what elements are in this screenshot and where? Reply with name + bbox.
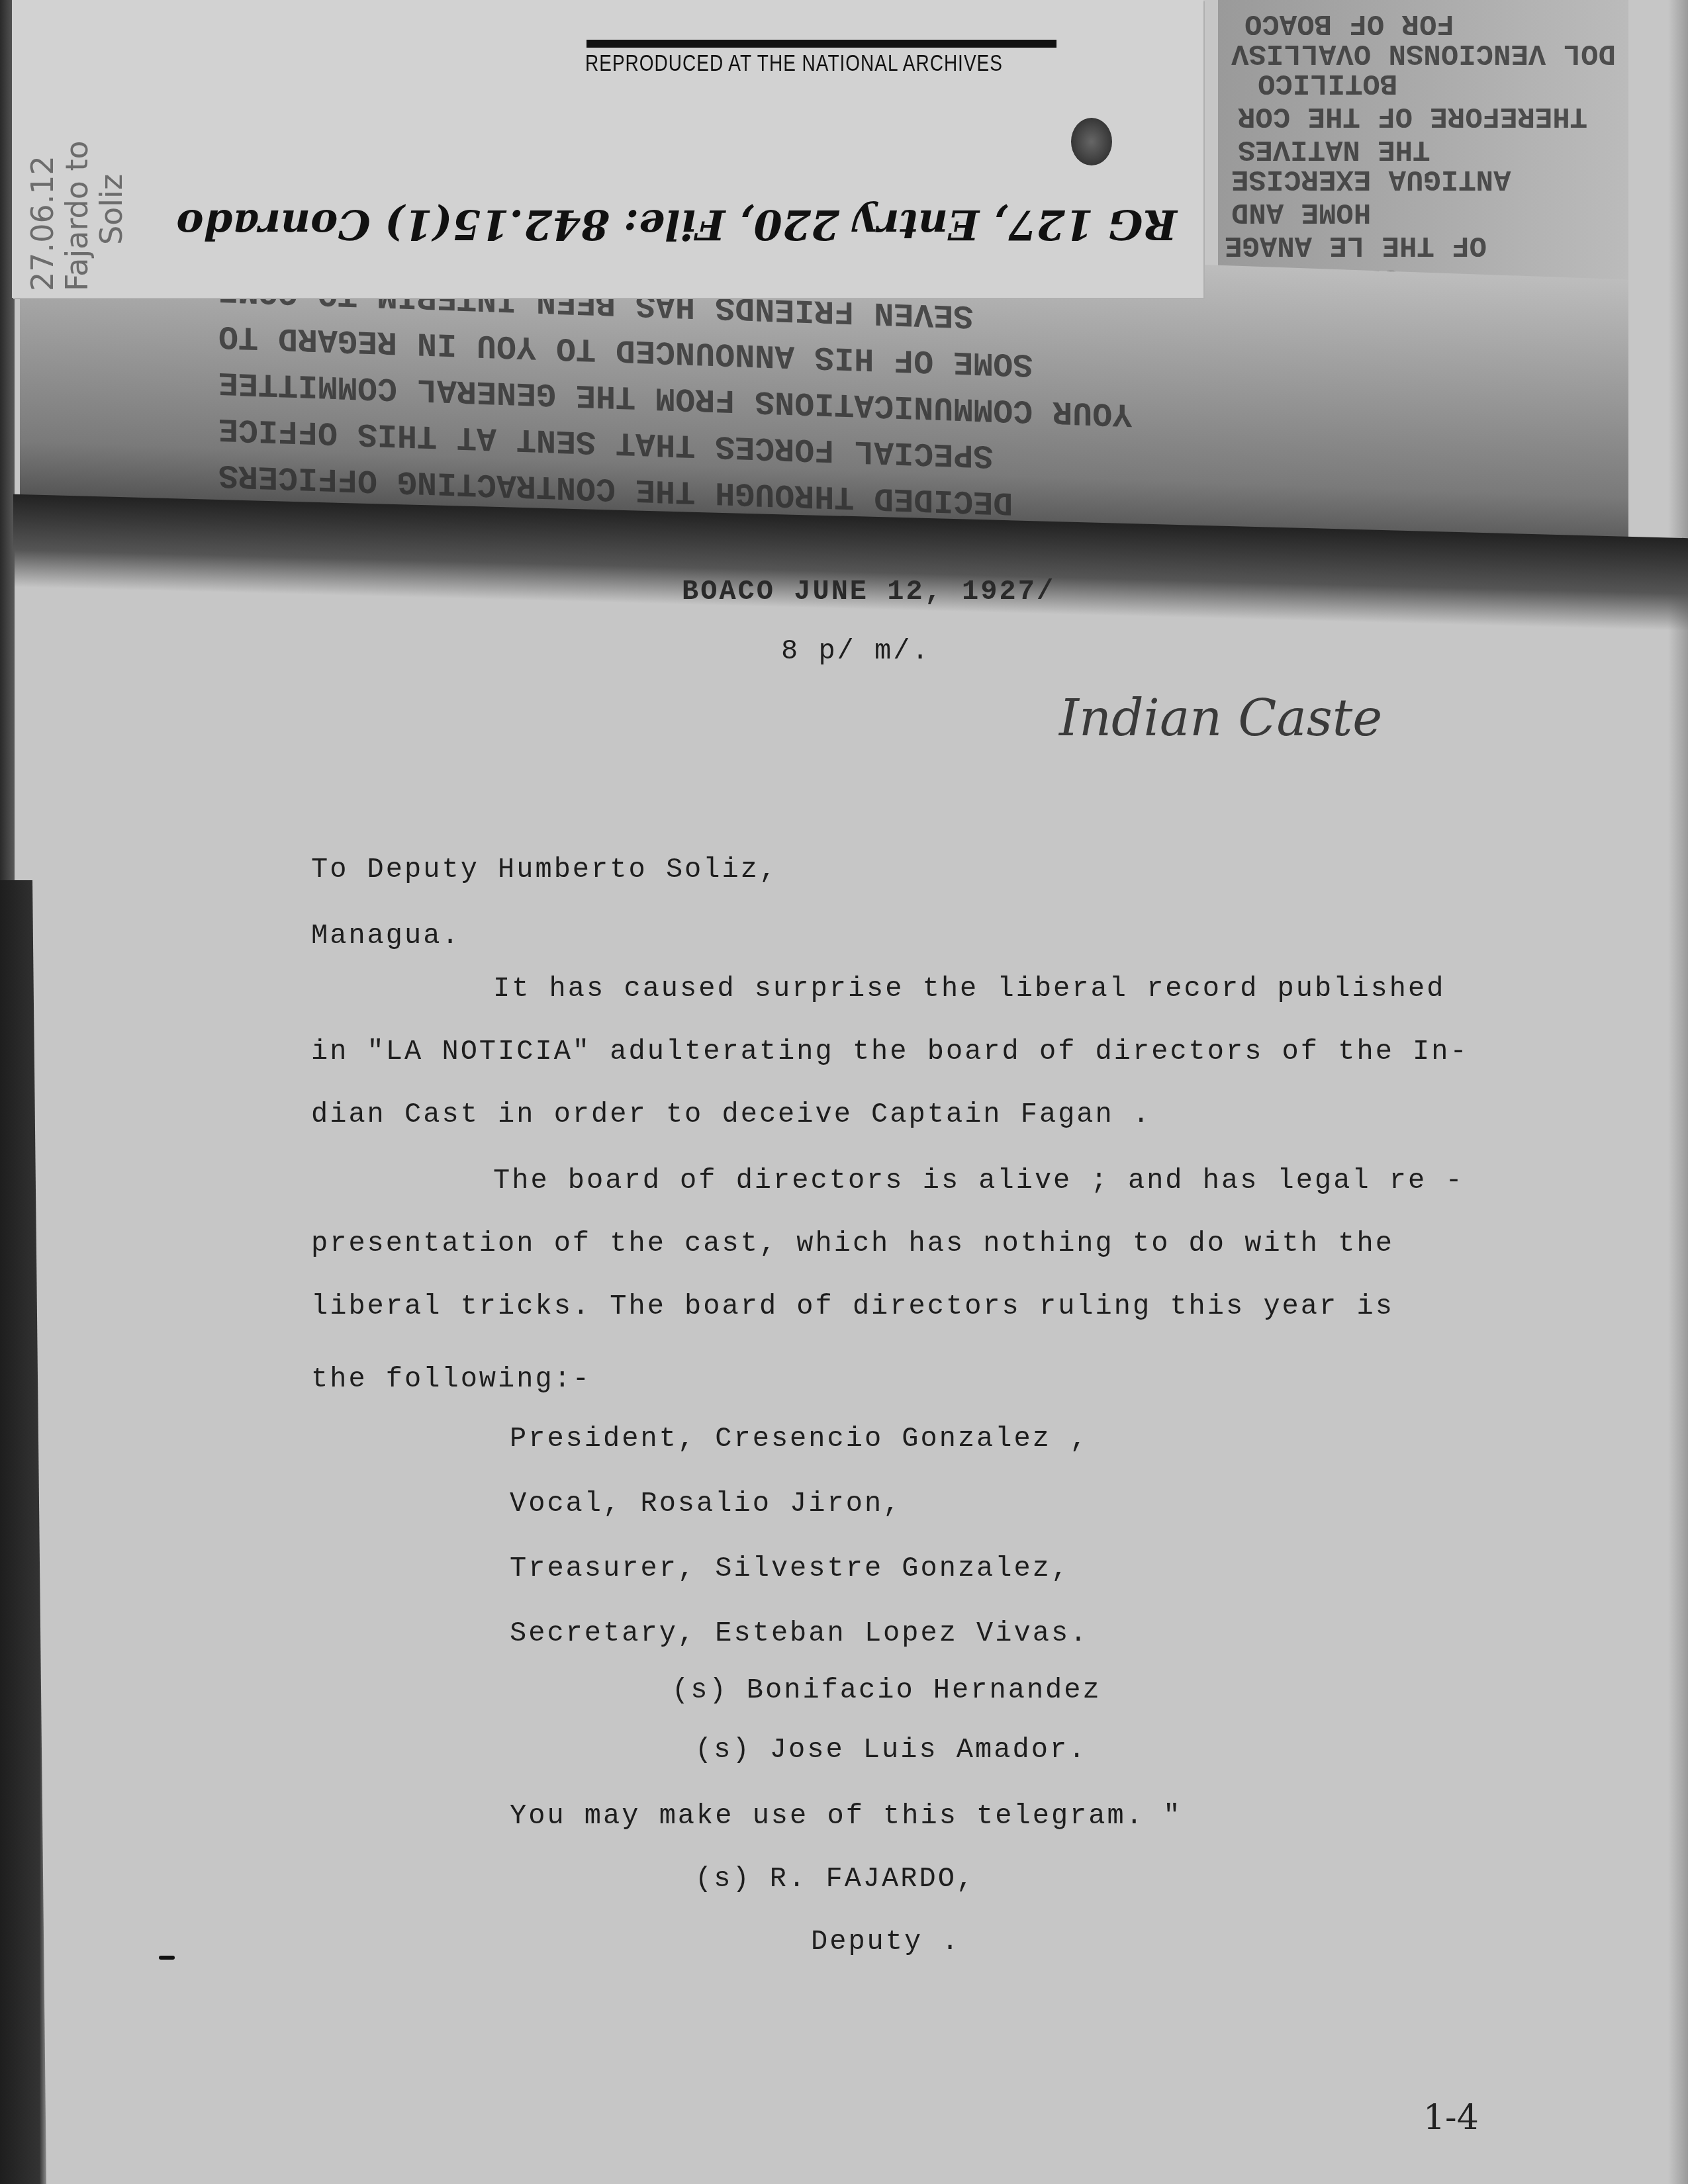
board-role: Secretary [510, 1617, 678, 1649]
time-line: 8 p/ m/. [781, 635, 931, 667]
board-member: President, Cresencio Gonzalez , [510, 1423, 1088, 1455]
board-name: Esteban Lopez Vivas. [715, 1617, 1088, 1649]
board-name: Silvestre Gonzalez, [715, 1553, 1070, 1584]
addressee: To Deputy Humberto Soliz, [311, 854, 778, 886]
board-role: Vocal [510, 1488, 603, 1520]
record-group-note: RG 127, Entry 220, File: 842.15(1) Conra… [52, 172, 1177, 278]
signer: (s) R. FAJARDO, [695, 1863, 975, 1895]
bleed-line: DOL VENCIONSN OVALLISV [1231, 36, 1616, 69]
paragraph-line: liberal tricks. The board of directors r… [311, 1291, 1394, 1322]
bleed-line: OF THE LE ANAGE [1225, 228, 1487, 261]
city: Managua. [311, 920, 461, 952]
paragraph-line: presentation of the cast, which has noth… [311, 1228, 1394, 1259]
archives-seal-icon [1071, 118, 1112, 165]
paragraph-line: It has caused surprise the liberal recor… [493, 973, 1445, 1005]
scan-edge-right [1668, 0, 1688, 2184]
board-member: Treasurer, Silvestre Gonzalez, [510, 1553, 1088, 1584]
board-role: Treasurer [510, 1553, 678, 1584]
margin-note-line: Fajardo to [60, 40, 94, 291]
archives-slip: REPRODUCED AT THE NATIONAL ARCHIVES RG 1… [12, 0, 1203, 298]
signature-line: (s) Jose Luis Amador. [695, 1734, 1087, 1766]
margin-pencil-note: 27.06.12 Fajardo to Soliz [25, 40, 105, 291]
bleed-line: FOR OF BOACO [1244, 7, 1454, 40]
bleed-line: THEREFORE OF THE COR [1238, 99, 1587, 132]
bleed-line: ANTIGUA EXERCISE [1231, 162, 1511, 195]
paragraph-line: in "LA NOTICIA" adulterating the board o… [311, 1036, 1469, 1068]
bleed-line: BOTILICO [1258, 66, 1397, 99]
board-list: President, Cresencio Gonzalez , Vocal, R… [510, 1423, 1088, 1649]
handwritten-annotation: Indian Caste [1059, 688, 1382, 747]
ink-mark [159, 1956, 175, 1960]
board-role: President [510, 1423, 678, 1455]
page-number: 1-4 [1423, 2098, 1479, 2138]
board-name: Rosalio Jiron, [640, 1488, 902, 1520]
paragraph-line: The board of directors is alive ; and ha… [493, 1165, 1464, 1197]
margin-note-line: 27.06.12 [25, 40, 60, 291]
archives-stamp-label: REPRODUCED AT THE NATIONAL ARCHIVES [585, 50, 1062, 77]
paragraph-line: dian Cast in order to deceive Captain Fa… [311, 1099, 1151, 1130]
bleed-line: HOME AND [1231, 195, 1371, 228]
board-name: Cresencio Gonzalez , [715, 1423, 1088, 1455]
scan-shadow-left [0, 880, 46, 2184]
paragraph-line: the following:- [311, 1363, 591, 1395]
signature-line: (s) Bonifacio Hernandez [672, 1674, 1102, 1706]
closing-line: You may make use of this telegram. " [510, 1800, 1182, 1832]
signer-title: Deputy . [811, 1926, 961, 1958]
archives-bar [586, 40, 1056, 48]
board-member: Secretary, Esteban Lopez Vivas. [510, 1617, 1088, 1649]
board-member: Vocal, Rosalio Jiron, [510, 1488, 1088, 1520]
margin-note-line: Soliz [94, 40, 128, 291]
dateline: BOACO JUNE 12, 1927/ [682, 576, 1055, 608]
bleed-line: THE NATIVES [1238, 132, 1430, 165]
